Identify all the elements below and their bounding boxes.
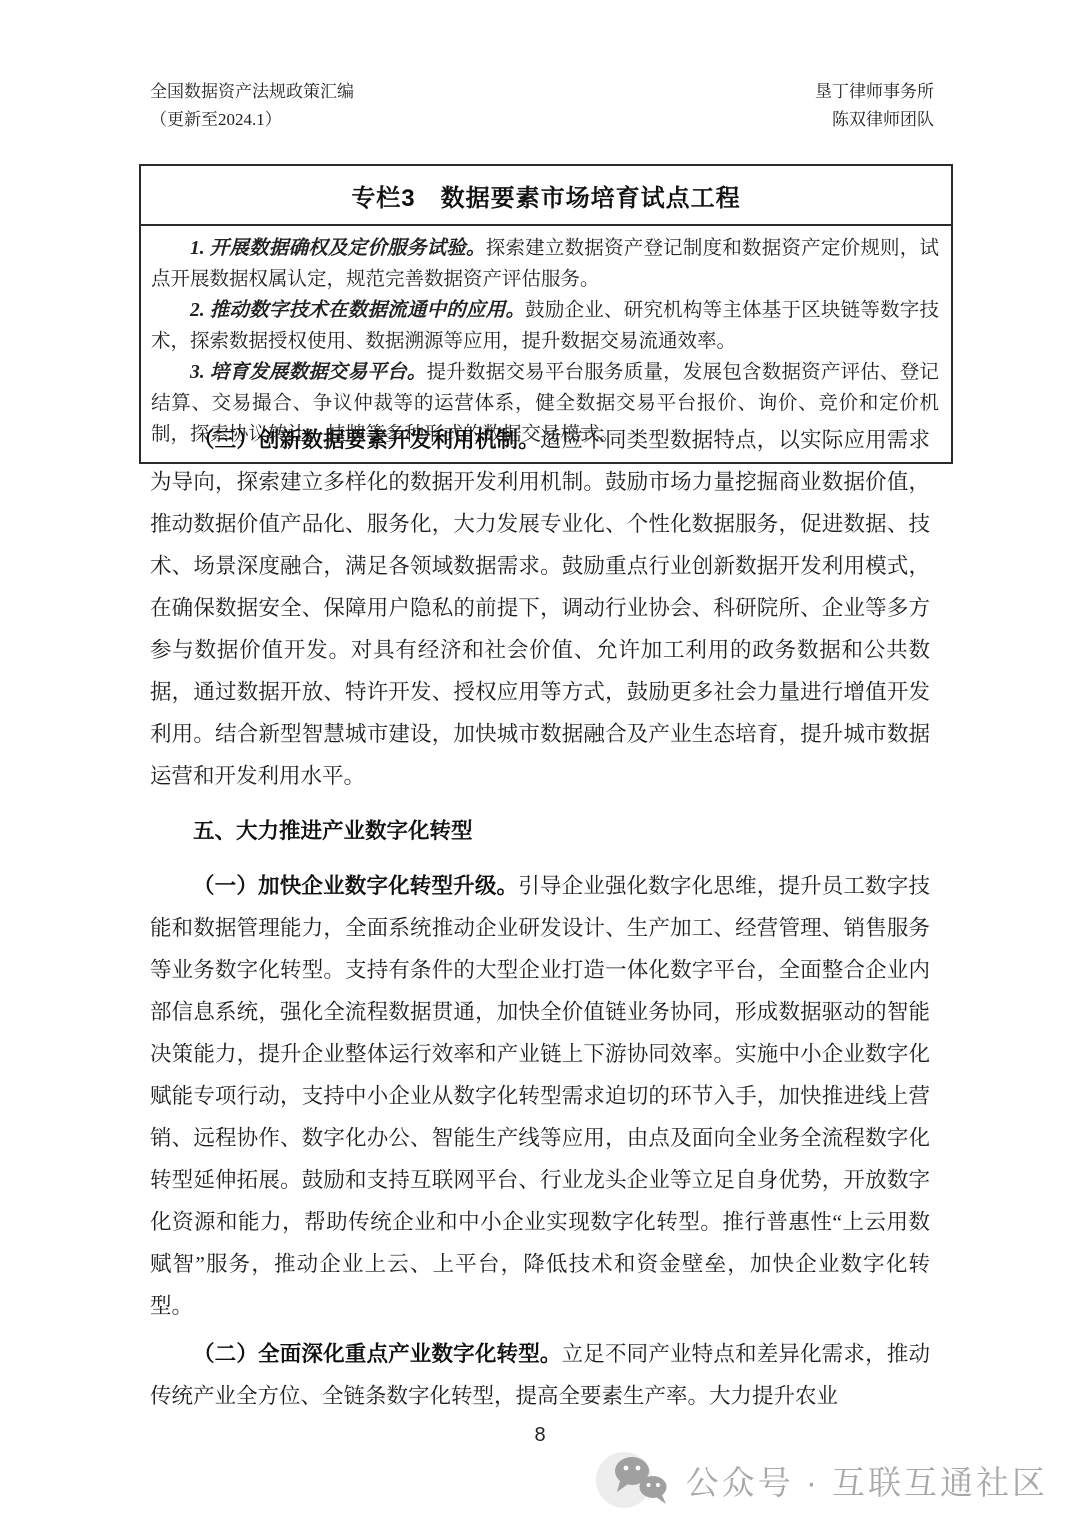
header-left: 全国数据资产法规政策汇编 （更新至2024.1） xyxy=(150,78,354,134)
main-text: （三）创新数据要素开发利用机制。适应不同类型数据特点，以实际应用需求为导向，探索… xyxy=(150,419,930,1417)
paragraph-item3: （三）创新数据要素开发利用机制。适应不同类型数据特点，以实际应用需求为导向，探索… xyxy=(150,419,930,797)
header-right: 垦丁律师事务所 陈双律师团队 xyxy=(815,78,934,134)
column3-box-title: 专栏3 数据要素市场培育试点工程 xyxy=(141,166,951,226)
law-firm-name: 垦丁律师事务所 xyxy=(815,78,934,106)
paragraph-item1-lead: （一）加快企业数字化转型升级。 xyxy=(193,874,518,898)
page-number: 8 xyxy=(0,1424,1080,1447)
box-paragraph-3-lead: 3. 培育发展数据交易平台。 xyxy=(190,362,427,383)
watermark: 公众号 · 互联互通社区 xyxy=(610,1450,1048,1510)
paragraph-item3-body: 适应不同类型数据特点，以实际应用需求为导向，探索建立多样化的数据开发利用机制。鼓… xyxy=(150,428,930,788)
box-paragraph-2-lead: 2. 推动数字技术在数据流通中的应用。 xyxy=(190,300,525,321)
box-paragraph-1-lead: 1. 开展数据确权及定价服务试验。 xyxy=(190,238,486,259)
paragraph-item2: （二）全面深化重点产业数字化转型。立足不同产业特点和差异化需求，推动传统产业全方… xyxy=(150,1333,930,1417)
watermark-text: 公众号 · 互联互通社区 xyxy=(686,1457,1048,1504)
paragraph-item2-lead: （二）全面深化重点产业数字化转型。 xyxy=(193,1342,562,1366)
compilation-update-date: （更新至2024.1） xyxy=(150,106,354,134)
box-paragraph-2: 2. 推动数字技术在数据流通中的应用。鼓励企业、研究机构等主体基于区块链等数字技… xyxy=(151,295,939,357)
paragraph-item1-body: 引导企业强化数字化思维，提升员工数字技能和数据管理能力，全面系统推动企业研发设计… xyxy=(150,874,930,1318)
document-page: { "header": { "left_line1": "全国数据资产法规政策汇… xyxy=(0,0,1080,1526)
wechat-icon xyxy=(610,1450,672,1510)
paragraph-item1: （一）加快企业数字化转型升级。引导企业强化数字化思维，提升员工数字技能和数据管理… xyxy=(150,865,930,1327)
section-heading-5: 五、大力推进产业数字化转型 xyxy=(150,810,930,852)
box-paragraph-1: 1. 开展数据确权及定价服务试验。探索建立数据资产登记制度和数据资产定价规则，试… xyxy=(151,233,939,295)
compilation-title: 全国数据资产法规政策汇编 xyxy=(150,78,354,106)
lawyer-team-name: 陈双律师团队 xyxy=(815,106,934,134)
paragraph-item3-lead: （三）创新数据要素开发利用机制。 xyxy=(193,428,540,452)
